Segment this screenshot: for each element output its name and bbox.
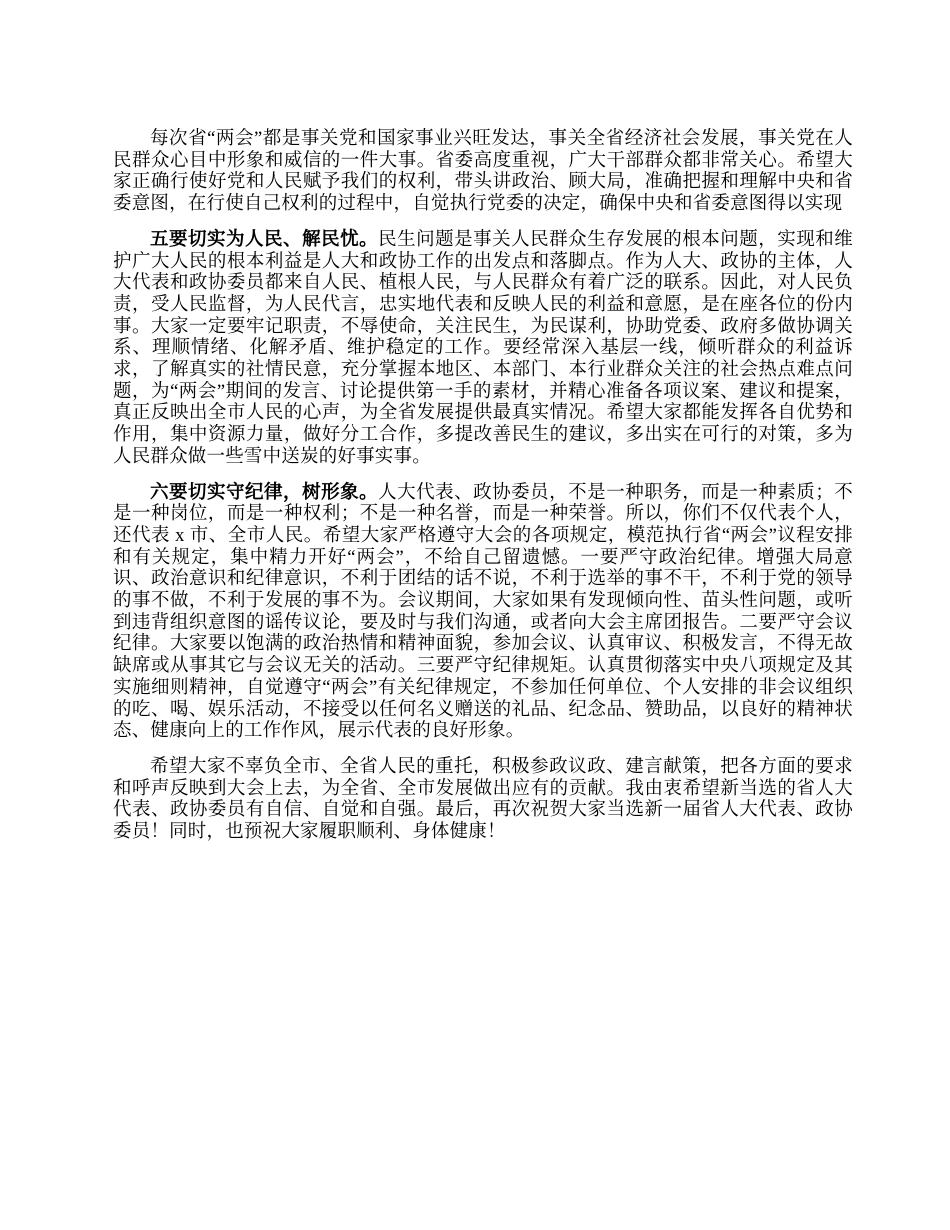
paragraph-section-six-lead: 六要切实守纪律，树形象。 — [150, 483, 378, 503]
paragraph-section-six: 六要切实守纪律，树形象。人大代表、政协委员，不是一种职务，而是一种素质；不是一种… — [113, 483, 853, 743]
paragraph-section-five-lead: 五要切实为人民、解民忧。 — [150, 230, 378, 250]
document-viewport: 每次省“两会”都是事关党和国家事业兴旺发达，事关全省经济社会发展，事关党在人民群… — [0, 0, 950, 1230]
paragraph-closing: 希望大家不辜负全市、全省人民的重托，积极参政议政、建言献策，把各方面的要求和呼声… — [113, 757, 853, 844]
paragraph-section-five: 五要切实为人民、解民忧。民生问题是事关人民群众生存发展的根本问题，实现和维护广大… — [113, 230, 853, 469]
paragraph-intro: 每次省“两会”都是事关党和国家事业兴旺发达，事关全省经济社会发展，事关党在人民群… — [113, 129, 853, 216]
document-body: 每次省“两会”都是事关党和国家事业兴旺发达，事关全省经济社会发展，事关党在人民群… — [113, 129, 853, 844]
paragraph-section-five-text: 民生问题是事关人民群众生存发展的根本问题，实现和维护广大人民的根本利益是人大和政… — [113, 230, 853, 467]
paragraph-closing-text: 希望大家不辜负全市、全省人民的重托，积极参政议政、建言献策，把各方面的要求和呼声… — [113, 757, 853, 842]
paragraph-section-six-text: 人大代表、政协委员，不是一种职务，而是一种素质；不是一种岗位，而是一种权利；不是… — [113, 483, 853, 742]
paragraph-intro-text: 每次省“两会”都是事关党和国家事业兴旺发达，事关全省经济社会发展，事关党在人民群… — [113, 129, 853, 214]
